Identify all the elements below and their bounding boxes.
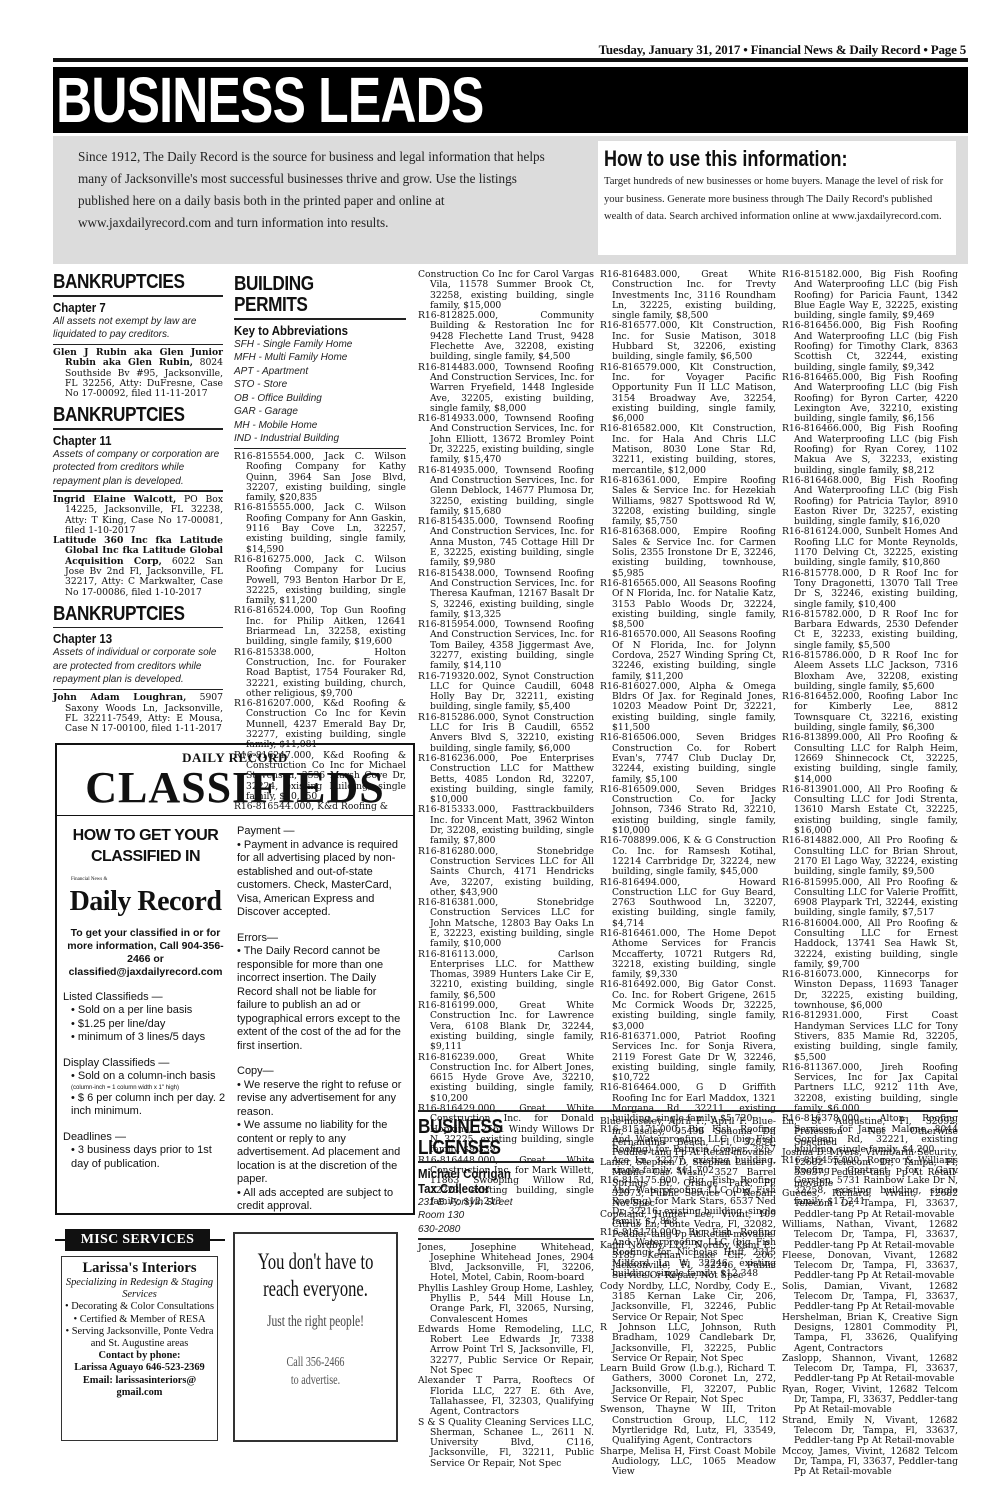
divider — [53, 428, 223, 430]
section-heading: BUSINESS LICENSES — [418, 1117, 513, 1159]
list-entry: Edwards Home Remodeling, LLC, Robert Lee… — [418, 1325, 594, 1376]
list-entry: Jones, Josephine Whitehead, Josephine Wh… — [418, 1243, 594, 1284]
licenses-column-3: BUSINESS LICENSES Michael Corrigan Tax C… — [418, 1117, 594, 1469]
list-entry: R Johnson LLC, Johnson, Ruth Bradham, 10… — [600, 1323, 776, 1364]
list-entry: R16-816371.000, Patriot Roofing Services… — [600, 1032, 776, 1083]
chapter-title: Chapter 13 — [53, 631, 203, 646]
section-heading: BANKRUPTCIES — [53, 604, 199, 625]
permits-column-3: Construction Co Inc for Carol Vargas Vil… — [418, 270, 594, 1207]
divider — [418, 1161, 594, 1163]
abbreviation-item: GAR - Garage — [234, 405, 406, 419]
list-entry: R16-814933.000, Townsend Roofing And Con… — [418, 414, 594, 465]
list-entry: R16-816570.000, All Seasons Roofing Of N… — [600, 630, 776, 681]
abbreviation-item: IND - Industrial Building — [234, 432, 406, 446]
divider — [53, 490, 223, 492]
license-list: Blue-moseley, April F., April F. Blue-m,… — [600, 1117, 776, 1477]
list-entry: R16-816368.000, Empire Roofing Sales & S… — [600, 527, 776, 578]
list-entry: Phyllis Lashley Group Home, Lashley, Phy… — [418, 1284, 594, 1325]
section-heading: BUILDING PERMITS — [234, 274, 329, 316]
list-entry: R16-816494.000, Howard Construction LLC … — [600, 878, 776, 929]
bankruptcy-entry: Latitude 360 Inc fka Latitude Global Inc… — [53, 536, 223, 598]
display-item: • Sold on a column-inch basis — [63, 1070, 228, 1084]
list-entry: Fleese, Donovan, Vivant, 12682 Telecom D… — [782, 1251, 958, 1282]
license-list: Ln, St Augustine, Fl, 32092, Profession … — [782, 1117, 958, 1477]
contact-phone: Larissa Aguayo 646-523-2369 — [62, 1362, 217, 1374]
bankruptcies-column: BANKRUPTCIES Chapter 7 All assets not ex… — [53, 272, 223, 735]
list-entry: Lanier, Stephen D, Stephen Lanier J- Mob… — [600, 1158, 776, 1209]
ad-item: • Serving Jacksonville, Ponte Vedra and … — [62, 1326, 217, 1350]
divider — [234, 448, 406, 450]
list-entry: Alexander T Parra, Rooftecs Of Florida L… — [418, 1376, 594, 1417]
payment-title: Payment — — [237, 825, 409, 839]
list-entry: Guedes, Richard, Vivant, 12682 Telecom D… — [782, 1189, 958, 1220]
list-entry: R16-816579.000, Klt Construction, Inc. f… — [600, 363, 776, 425]
licenses-column-4: Blue-moseley, April F., April F. Blue-m,… — [600, 1117, 776, 1477]
list-entry: R16-816073.000, Kinnecorps for Winston D… — [782, 970, 958, 1011]
errors-text: • The Daily Record cannot be responsible… — [237, 945, 409, 1053]
abbreviation-item: MFH - Multi Family Home — [234, 351, 406, 365]
classifieds-box: DAILY RECORD CLASSIFIEDS HOW TO GET YOUR… — [55, 743, 415, 1215]
abbreviation-item: SFH - Single Family Home — [234, 338, 406, 352]
list-entry: R16-815782.000, D R Roof Inc for Barbara… — [782, 610, 958, 651]
list-entry: R16-815786.000, D R Roof Inc for Aleem A… — [782, 651, 958, 692]
permit-list: R16-815182.000, Big Fish Roofing And Wat… — [782, 270, 958, 1207]
howto-title: How to use this information: — [604, 145, 888, 173]
list-entry: R16-816199.000, Great White Construction… — [418, 1001, 594, 1052]
list-entry: Cody Nordby, LLC, Nordby, Cody E., 3185 … — [600, 1282, 776, 1323]
divider — [53, 295, 223, 297]
list-entry: Sharpe, Melisa H, First Coast Mobile Aud… — [600, 1447, 776, 1478]
abbreviation-item: STO - Store — [234, 378, 406, 392]
abbreviation-item: APT - Apartment — [234, 365, 406, 379]
list-entry: R16-815554.000, Jack C. Wilson Roofing C… — [234, 452, 406, 503]
section-banner: BUSINESS LEADS — [53, 67, 968, 133]
list-entry: R16-812931.000, First Coast Handyman Ser… — [782, 1011, 958, 1062]
list-entry: R16-816466.000, Big Fish Roofing And Wat… — [782, 424, 958, 475]
list-entry: R16-813899.000, All Pro Roofing & Consul… — [782, 733, 958, 784]
list-entry: Ln, St Augustine, Fl, 32092, Profession … — [782, 1117, 958, 1148]
classifieds-header: DAILY RECORD CLASSIFIEDS — [57, 745, 413, 816]
list-entry: Blue-moseley, April F., April F. Blue-m,… — [600, 1117, 776, 1158]
list-entry: R16-816465.000, Big Fish Roofing And Wat… — [782, 373, 958, 424]
misc-services-heading: MISC SERVICES — [55, 1229, 225, 1251]
bankruptcy-section-ch13: BANKRUPTCIES Chapter 13 Assets of indivi… — [53, 604, 223, 735]
list-entry: R16-816506.000, Seven Bridges Constructi… — [600, 733, 776, 784]
list-entry: R16-708899.006, K & G Construction Co. I… — [600, 836, 776, 877]
ad-line: You don't have to — [258, 1248, 374, 1275]
chapter-note: All assets not exempt by law are liquida… — [53, 315, 223, 342]
list-entry: R16-816239.000, Great White Construction… — [418, 1053, 594, 1104]
list-entry: R16-816124.000, Sunbelt Homes And Roofin… — [782, 527, 958, 568]
list-entry: R16-816456.000, Big Fish Roofing And Wat… — [782, 321, 958, 372]
list-entry: R16-816275.000, Jack C. Wilson Roofing C… — [234, 555, 406, 606]
section-heading: BANKRUPTCIES — [53, 405, 199, 426]
list-entry: Mccoy, James, Vivint, 12682 Telcom Dr, T… — [782, 1447, 958, 1478]
classifieds-left: HOW TO GET YOUR CLASSIFIED IN Financial … — [63, 825, 228, 1171]
list-entry: R16-816492.000, Big Gator Const. Co. Inc… — [600, 980, 776, 1031]
list-entry: R16-812825.000, Community Building & Res… — [418, 311, 594, 362]
list-entry: R16-816483.000, Great White Construction… — [600, 270, 776, 321]
abbreviation-item: OB - Office Building — [234, 392, 406, 406]
list-entry: R16-816027.000, Alpha & Omega Bldrs Of J… — [600, 682, 776, 733]
list-entry: R16-816280.000, Stonebridge Construction… — [418, 847, 594, 898]
copy-text: • We reserve the right to refuse or revi… — [237, 1079, 409, 1120]
list-entry: R16-816509.000, Seven Bridges Constructi… — [600, 785, 776, 836]
list-entry: R16-815286.000, Synot Construction LLC f… — [418, 713, 594, 754]
payment-text: • Payment in advance is required for all… — [237, 839, 409, 920]
abbreviation-list: SFH - Single Family HomeMFH - Multi Fami… — [234, 338, 406, 446]
page-folio: Tuesday, January 31, 2017 • Financial Ne… — [599, 42, 966, 58]
abbreviation-item: MH - Mobile Home — [234, 419, 406, 433]
key-title: Key to Abbreviations — [234, 323, 385, 338]
top-rule — [53, 58, 968, 62]
list-entry: Strand, Emily N, Vivant, 12682 Telecom D… — [782, 1416, 958, 1447]
bankruptcy-entry: Ingrid Elaine Walcott, PO Box 14225, Jac… — [53, 495, 223, 536]
list-entry: R16-815338.000, Holton Construction, Inc… — [234, 648, 406, 699]
list-entry: R16-816524.000, Top Gun Roofing Inc. for… — [234, 606, 406, 647]
list-entry: R16-816461.000, The Home Depot Athome Se… — [600, 929, 776, 980]
list-entry: R16-816381.000, Stonebridge Construction… — [418, 898, 594, 949]
list-entry: R16-815435.000, Townsend Roofing And Con… — [418, 517, 594, 568]
daily-record-logo: Daily Record — [63, 887, 228, 917]
list-entry: R16-814882.000, All Pro Roofing & Consul… — [782, 836, 958, 877]
ad-line: to advertise. — [258, 1372, 374, 1390]
ad-line: reach everyone. — [258, 1275, 374, 1302]
chapter-note: Assets of company or corporation are pro… — [53, 448, 223, 489]
chapter-title: Chapter 11 — [53, 433, 203, 448]
display-title: Display Classifieds — — [63, 1057, 228, 1071]
banner-title: BUSINESS LEADS — [53, 67, 767, 133]
list-entry: Solis, Damian, Vivant, 12682 Telecom Dr,… — [782, 1282, 958, 1313]
list-entry: R16-816565.000, All Seasons Roofing Of N… — [600, 579, 776, 630]
list-entry: R16-815995.000, All Pro Roofing & Consul… — [782, 878, 958, 919]
list-entry: R16-814483.000, Townsend Roofing And Con… — [418, 363, 594, 414]
how-to-title: HOW TO GET YOUR CLASSIFIED IN — [71, 825, 221, 867]
deadlines-title: Deadlines — — [63, 1131, 228, 1145]
list-entry: Ryan, Roger, Vivint, 12682 Telcom Dr, Ta… — [782, 1385, 958, 1416]
collector-name: Michael Corrigan — [418, 1166, 573, 1181]
list-entry: R16-814935.000, Townsend Roofing And Con… — [418, 466, 594, 517]
display-note: (column-inch = 1 column width x 1" high) — [63, 1084, 228, 1092]
classifieds-right: Payment — • Payment in advance is requir… — [237, 825, 409, 1214]
divider — [53, 627, 223, 629]
copy-text: • All ads accepted are subject to credit… — [237, 1187, 409, 1214]
listed-item: • $1.25 per line/day — [63, 1018, 228, 1032]
contact-label: Contact by phone: — [62, 1350, 217, 1362]
list-entry: Swenson, Thayne W III, Triton Constructi… — [600, 1405, 776, 1446]
intro-panel: Since 1912, The Daily Record is the sour… — [53, 136, 968, 264]
list-entry: Copeland, Hunter Lee, Vivint, 109 Citrus… — [600, 1210, 776, 1241]
section-divider — [418, 1110, 958, 1112]
list-entry: Learn Build Grow (l.b.g.), Richard T. Ga… — [600, 1364, 776, 1405]
list-entry: R16-719320.002, Synot Construction LLC f… — [418, 672, 594, 713]
list-entry: R16-811367.000, Jireh Roofing Services, … — [782, 1063, 958, 1114]
list-entry: R16-816236.000, Poe Enterprises Construc… — [418, 754, 594, 805]
divider — [234, 318, 406, 320]
contact-email: Email: larissasinteriors@ gmail.com — [62, 1375, 217, 1399]
list-entry: R16-816004.000, All Pro Roofing & Consul… — [782, 919, 958, 970]
bankruptcy-section-ch7: BANKRUPTCIES Chapter 7 All assets not ex… — [53, 272, 223, 399]
copy-text: • We assume no liability for the content… — [237, 1119, 409, 1187]
listed-item: • minimum of 3 lines/5 days — [63, 1031, 228, 1045]
collector-title: Tax Collector — [418, 1181, 573, 1196]
list-entry: R16-813901.000, All Pro Roofing & Consul… — [782, 785, 958, 836]
licenses-column-5: Ln, St Augustine, Fl, 32092, Profession … — [782, 1117, 958, 1477]
list-entry: Kami Nordby, LLC, Nordby, Kami E., 3185 … — [600, 1241, 776, 1282]
errors-title: Errors— — [237, 932, 409, 946]
list-entry: R16-816577.000, Klt Construction, Inc. f… — [600, 321, 776, 362]
list-entry: R16-815333.000, Fasttrackbuilders Inc. f… — [418, 805, 594, 846]
listed-item: • Sold on a per line basis — [63, 1004, 228, 1018]
list-entry: Joshua D. Myers, Vivint/arm Security, 12… — [782, 1148, 958, 1189]
ad-title: Larissa's Interiors — [62, 1260, 217, 1277]
larissa-interiors-ad: Larissa's Interiors Specializing in Rede… — [61, 1256, 218, 1441]
list-entry: S & S Quality Cleaning Services LLC, She… — [418, 1418, 594, 1469]
ad-subtitle: Specializing in Redesign & Staging Servi… — [62, 1277, 217, 1301]
copy-title: Copy— — [237, 1065, 409, 1079]
list-entry: R16-815954.000, Townsend Roofing And Con… — [418, 620, 594, 671]
ad-item: • Certified & Member of RESA — [62, 1314, 217, 1326]
divider — [418, 1238, 594, 1240]
listed-title: Listed Classifieds — — [63, 991, 228, 1005]
list-entry: R16-815778.000, D R Roof Inc for Tony Dr… — [782, 569, 958, 610]
license-list: Jones, Josephine Whitehead, Josephine Wh… — [418, 1243, 594, 1470]
ad-line: Call 356-2466 — [258, 1354, 374, 1372]
collector-address: 231 E. Forsyth Street — [418, 1196, 594, 1210]
howto-text: Target hundreds of new businesses or hom… — [604, 173, 950, 226]
deadlines-item: • 3 business days prior to 1st day of pu… — [63, 1144, 228, 1171]
ad-item: • Decorating & Color Consultations — [62, 1301, 217, 1313]
bankruptcy-section-ch11: BANKRUPTCIES Chapter 11 Assets of compan… — [53, 405, 223, 597]
list-entry: R16-816468.000, Big Fish Roofing And Wat… — [782, 476, 958, 527]
list-entry: Zaslopp, Shannon, Vivant, 12682 Telecom … — [782, 1354, 958, 1385]
list-entry: Construction Co Inc for Carol Vargas Vil… — [418, 270, 594, 311]
list-entry: Williams, Nathan, Vivant, 12682 Telecom … — [782, 1220, 958, 1251]
list-entry: R16-815438.000, Townsend Roofing And Con… — [418, 569, 594, 620]
ad-line: Just the right people! — [258, 1312, 374, 1332]
divider — [53, 344, 223, 346]
permits-column-2: BUILDING PERMITS Key to Abbreviations SF… — [234, 274, 406, 812]
intro-text: Since 1912, The Daily Record is the sour… — [78, 146, 558, 234]
collector-room: Room 130 — [418, 1209, 594, 1223]
section-heading: BANKRUPTCIES — [53, 272, 199, 293]
list-entry: R16-816361.000, Empire Roofing Sales & S… — [600, 476, 776, 527]
collector-phone: 630-2080 — [418, 1223, 594, 1237]
list-entry: R16-815182.000, Big Fish Roofing And Wat… — [782, 270, 958, 321]
chapter-note: Assets of individual or corporate sole a… — [53, 646, 223, 687]
list-entry: R16-815555.000, Jack C. Wilson Roofing C… — [234, 503, 406, 554]
list-entry: R16-816452.000, Roofing Labor Inc for Ki… — [782, 692, 958, 733]
advertise-ad: You don't have to reach everyone. Just t… — [233, 1232, 398, 1442]
chapter-title: Chapter 7 — [53, 300, 203, 315]
permits-column-5: R16-815182.000, Big Fish Roofing And Wat… — [782, 270, 958, 1207]
list-entry: R16-816113.000, Carlson Enterprises LLC.… — [418, 950, 594, 1001]
howto-box: How to use this information: Target hund… — [598, 141, 956, 255]
bankruptcy-entry: John Adam Loughran, 5907 Saxony Woods Ln… — [53, 693, 223, 734]
display-item: • $ 6 per column inch per day. 2 inch mi… — [63, 1092, 228, 1119]
list-entry: R16-816582.000, Klt Construction, Inc. f… — [600, 424, 776, 475]
bankruptcy-entry: Glen J Rubin aka Glen Junior Rubin aka G… — [53, 348, 223, 399]
list-entry: Hershelman, Brian K, Creative Sign Desig… — [782, 1313, 958, 1354]
divider — [53, 689, 223, 691]
permit-list: Construction Co Inc for Carol Vargas Vil… — [418, 270, 594, 1207]
contact-info: To get your classified in or for more in… — [63, 927, 228, 979]
classifieds-title: CLASSIFIEDS — [57, 766, 413, 810]
logo-kicker: Financial News & — [71, 873, 228, 887]
